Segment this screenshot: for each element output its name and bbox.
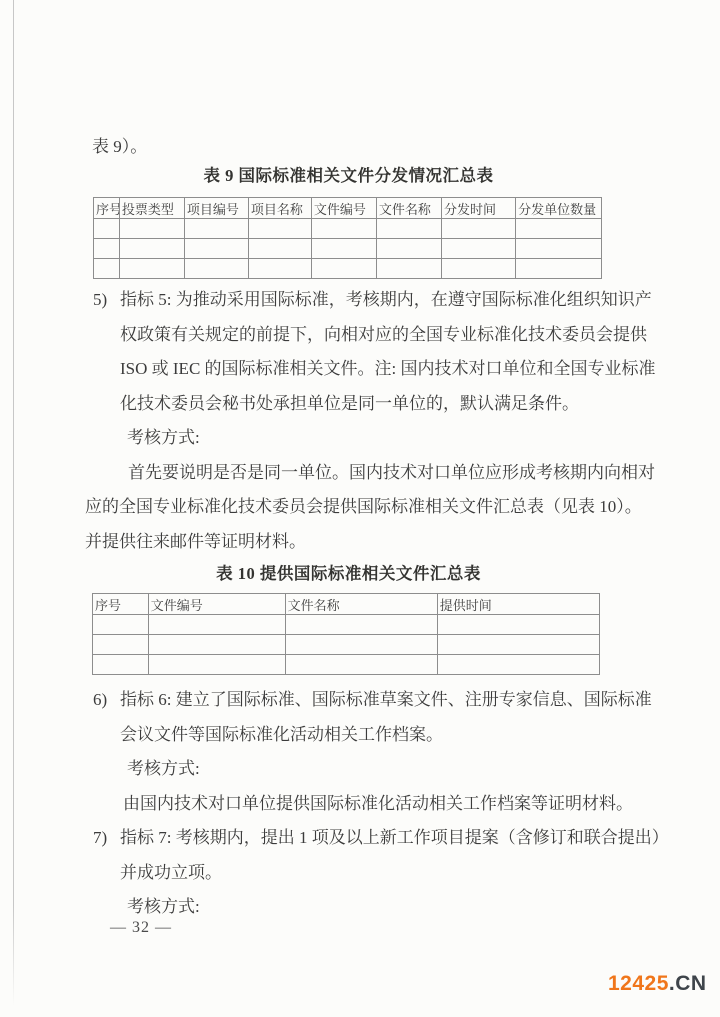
assessment-method-heading: 考核方式: xyxy=(85,421,612,456)
section-indicator-5: 5)指标 5: 为推动采用国际标准，考核期内，在遵守国际标准化组织知识产权政策有… xyxy=(85,283,612,559)
text-line: 应的全国专业标准化技术委员会提供国际标准相关文件汇总表（见表 10）。 xyxy=(85,490,612,525)
empty-cell xyxy=(441,259,515,279)
empty-cell xyxy=(94,239,120,259)
text-line: 指标 6: 建立了国际标准、国际标准草案文件、注册专家信息、国际标准 xyxy=(85,683,612,718)
column-header: 文件编号 xyxy=(148,594,285,615)
empty-cell xyxy=(94,259,120,279)
empty-table-row xyxy=(93,635,600,655)
text-line: 考核方式: xyxy=(85,421,612,456)
column-header: 文件名称 xyxy=(376,198,441,219)
empty-cell xyxy=(119,239,184,259)
empty-cell xyxy=(311,239,376,259)
column-header: 文件名称 xyxy=(285,594,437,615)
empty-cell xyxy=(437,615,599,635)
empty-cell xyxy=(93,635,149,655)
intro-fragment: 表 9）。 xyxy=(85,133,612,161)
empty-cell xyxy=(516,259,602,279)
empty-cell xyxy=(248,259,311,279)
assessment-method-paragraph: 由国内技术对口单位提供国际标准化活动相关工作档案等证明材料。 xyxy=(85,787,612,822)
document-page: 表 9）。 表 9 国际标准相关文件分发情况汇总表 序号投票类型项目编号项目名称… xyxy=(0,0,720,1017)
empty-cell xyxy=(119,219,184,239)
empty-table-row xyxy=(94,239,602,259)
empty-cell xyxy=(376,239,441,259)
empty-cell xyxy=(311,259,376,279)
text-line: 由国内技术对口单位提供国际标准化活动相关工作档案等证明材料。 xyxy=(85,787,612,822)
empty-cell xyxy=(437,655,599,675)
table9-title: 表 9 国际标准相关文件分发情况汇总表 xyxy=(85,161,612,191)
empty-cell xyxy=(93,655,149,675)
empty-table-row xyxy=(94,219,602,239)
table-header-row: 序号投票类型项目编号项目名称文件编号文件名称分发时间分发单位数量 xyxy=(94,198,602,219)
empty-table-row xyxy=(94,259,602,279)
scan-edge-line xyxy=(13,0,14,1006)
list-item-marker: 5) xyxy=(93,283,107,318)
text-line: 权政策有关规定的前提下，向相对应的全国专业标准化技术委员会提供 xyxy=(85,318,612,353)
assessment-method-paragraph: 应的全国专业标准化技术委员会提供国际标准相关文件汇总表（见表 10）。并提供往来… xyxy=(85,490,612,559)
watermark-tld: .CN xyxy=(669,972,707,995)
column-header: 分发时间 xyxy=(441,198,515,219)
table9-distribution-summary: 序号投票类型项目编号项目名称文件编号文件名称分发时间分发单位数量 xyxy=(93,197,602,279)
text-line: 指标 7: 考核期内，提出 1 项及以上新工作项目提案（含修订和联合提出） xyxy=(85,821,612,856)
indicator-7-item: 7)指标 7: 考核期内，提出 1 项及以上新工作项目提案（含修订和联合提出）并… xyxy=(85,821,612,890)
empty-cell xyxy=(148,615,285,635)
empty-cell xyxy=(248,239,311,259)
text-line: 并成功立项。 xyxy=(85,856,612,891)
column-header: 提供时间 xyxy=(437,594,599,615)
list-item-marker: 7) xyxy=(93,821,107,856)
text-line: 考核方式: xyxy=(85,752,612,787)
section-indicator-6-7: 6)指标 6: 建立了国际标准、国际标准草案文件、注册专家信息、国际标准会议文件… xyxy=(85,683,612,925)
table10-title: 表 10 提供国际标准相关文件汇总表 xyxy=(85,559,612,589)
text-line: 首先要说明是否是同一单位。国内技术对口单位应形成考核期内向相对 xyxy=(85,456,612,491)
column-header: 文件编号 xyxy=(311,198,376,219)
text-line: 化技术委员会秘书处承担单位是同一单位的，默认满足条件。 xyxy=(85,387,612,422)
assessment-method-paragraph: 首先要说明是否是同一单位。国内技术对口单位应形成考核期内向相对 xyxy=(85,456,612,491)
column-header: 投票类型 xyxy=(119,198,184,219)
empty-cell xyxy=(119,259,184,279)
watermark-number: 12425 xyxy=(608,972,669,995)
empty-cell xyxy=(148,655,285,675)
table-header-row: 序号文件编号文件名称提供时间 xyxy=(93,594,600,615)
text-line: ISO 或 IEC 的国际标准相关文件。注: 国内技术对口单位和全国专业标准 xyxy=(85,352,612,387)
column-header: 项目名称 xyxy=(248,198,311,219)
indicator-5-item: 5)指标 5: 为推动采用国际标准，考核期内，在遵守国际标准化组织知识产权政策有… xyxy=(85,283,612,421)
empty-table-row xyxy=(93,615,600,635)
empty-cell xyxy=(93,615,149,635)
empty-cell xyxy=(285,655,437,675)
list-item-marker: 6) xyxy=(93,683,107,718)
watermark-logo: 12425.CN xyxy=(608,971,707,997)
table10-provided-files-summary: 序号文件编号文件名称提供时间 xyxy=(92,593,600,675)
text-line: 并提供往来邮件等证明材料。 xyxy=(85,525,612,560)
empty-cell xyxy=(441,219,515,239)
column-header: 序号 xyxy=(94,198,120,219)
empty-cell xyxy=(376,259,441,279)
column-header: 序号 xyxy=(93,594,149,615)
empty-cell xyxy=(94,219,120,239)
empty-cell xyxy=(311,219,376,239)
empty-cell xyxy=(184,259,248,279)
empty-cell xyxy=(437,635,599,655)
empty-cell xyxy=(285,635,437,655)
empty-cell xyxy=(184,239,248,259)
empty-table-row xyxy=(93,655,600,675)
column-header: 项目编号 xyxy=(184,198,248,219)
empty-cell xyxy=(376,219,441,239)
column-header: 分发单位数量 xyxy=(516,198,602,219)
page-content: 表 9）。 表 9 国际标准相关文件分发情况汇总表 序号投票类型项目编号项目名称… xyxy=(85,133,612,925)
empty-cell xyxy=(441,239,515,259)
empty-cell xyxy=(285,615,437,635)
empty-cell xyxy=(516,219,602,239)
empty-cell xyxy=(184,219,248,239)
page-number: — 32 — xyxy=(110,916,172,940)
assessment-method-heading: 考核方式: xyxy=(85,752,612,787)
indicator-6-item: 6)指标 6: 建立了国际标准、国际标准草案文件、注册专家信息、国际标准会议文件… xyxy=(85,683,612,752)
text-line: 会议文件等国际标准化活动相关工作档案。 xyxy=(85,718,612,753)
text-line: 指标 5: 为推动采用国际标准，考核期内，在遵守国际标准化组织知识产 xyxy=(85,283,612,318)
empty-cell xyxy=(516,239,602,259)
empty-cell xyxy=(148,635,285,655)
empty-cell xyxy=(248,219,311,239)
